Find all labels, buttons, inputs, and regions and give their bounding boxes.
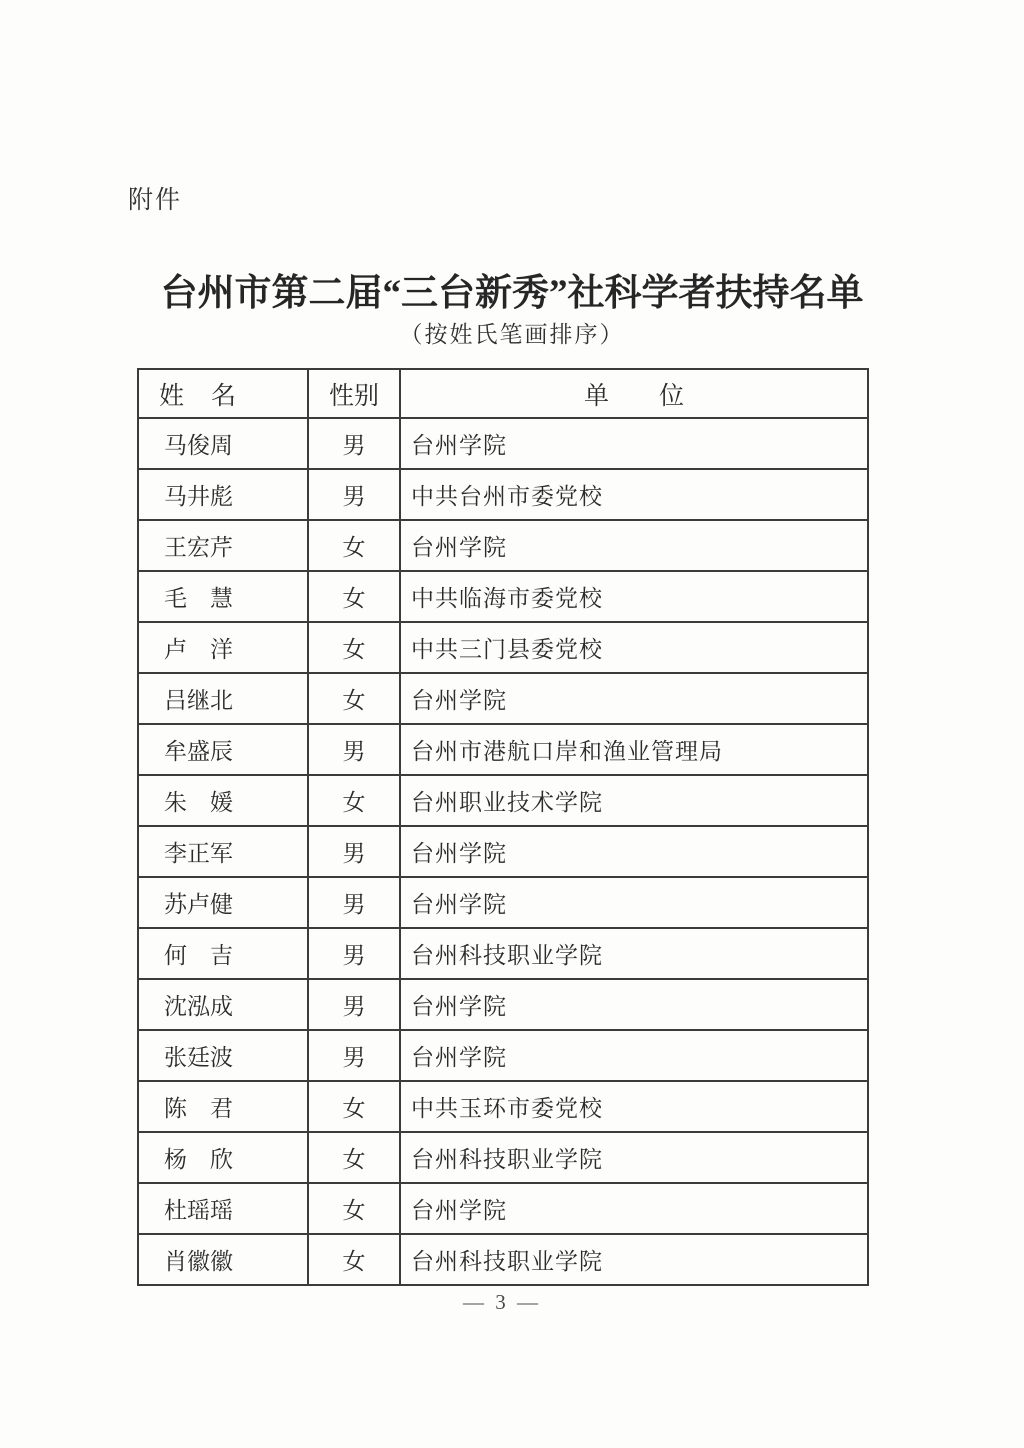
org-cell: 台州学院 (400, 1183, 868, 1234)
document-title: 台州市第二届“三台新秀”社科学者扶持名单 (0, 262, 1024, 316)
name-cell: 苏卢健 (138, 877, 308, 928)
org-cell: 台州科技职业学院 (400, 1234, 868, 1285)
table-row: 苏卢健男台州学院 (138, 877, 868, 928)
gender-cell: 男 (308, 826, 400, 877)
org-cell: 台州学院 (400, 418, 868, 469)
table-row: 杨 欣女台州科技职业学院 (138, 1132, 868, 1183)
column-header-name: 姓 名 (138, 369, 308, 418)
gender-cell: 女 (308, 775, 400, 826)
table-row: 王宏芹女台州学院 (138, 520, 868, 571)
name-cell: 牟盛辰 (138, 724, 308, 775)
gender-cell: 男 (308, 724, 400, 775)
table-header-row: 姓 名 性别 单 位 (138, 369, 868, 418)
name-cell: 沈泓成 (138, 979, 308, 1030)
document-subtitle: （按姓氏笔画排序） (0, 316, 1024, 349)
table-row: 肖徽徽女台州科技职业学院 (138, 1234, 868, 1285)
gender-cell: 男 (308, 469, 400, 520)
name-cell: 杨 欣 (138, 1132, 308, 1183)
gender-cell: 女 (308, 673, 400, 724)
name-cell: 马俊周 (138, 418, 308, 469)
org-cell: 台州学院 (400, 979, 868, 1030)
org-cell: 台州学院 (400, 520, 868, 571)
org-cell: 中共三门县委党校 (400, 622, 868, 673)
org-cell: 台州学院 (400, 826, 868, 877)
org-cell: 中共临海市委党校 (400, 571, 868, 622)
table-row: 马俊周男台州学院 (138, 418, 868, 469)
gender-cell: 女 (308, 1081, 400, 1132)
table-row: 沈泓成男台州学院 (138, 979, 868, 1030)
table-row: 朱 媛女台州职业技术学院 (138, 775, 868, 826)
table-row: 杜瑶瑶女台州学院 (138, 1183, 868, 1234)
table-row: 陈 君女中共玉环市委党校 (138, 1081, 868, 1132)
name-cell: 张廷波 (138, 1030, 308, 1081)
table-row: 牟盛辰男台州市港航口岸和渔业管理局 (138, 724, 868, 775)
attachment-label: 附件 (128, 180, 182, 216)
org-cell: 中共台州市委党校 (400, 469, 868, 520)
name-cell: 王宏芹 (138, 520, 308, 571)
table-row: 张廷波男台州学院 (138, 1030, 868, 1081)
gender-cell: 男 (308, 1030, 400, 1081)
page-number: — 3 — (137, 1290, 867, 1315)
name-cell: 马井彪 (138, 469, 308, 520)
gender-cell: 女 (308, 1234, 400, 1285)
table-row: 吕继北女台州学院 (138, 673, 868, 724)
gender-cell: 女 (308, 1132, 400, 1183)
gender-cell: 女 (308, 1183, 400, 1234)
org-cell: 台州学院 (400, 1030, 868, 1081)
gender-cell: 男 (308, 928, 400, 979)
org-cell: 台州学院 (400, 673, 868, 724)
scholar-table: 姓 名 性别 单 位 马俊周男台州学院马井彪男中共台州市委党校王宏芹女台州学院毛… (137, 368, 869, 1286)
name-cell: 毛 慧 (138, 571, 308, 622)
table-row: 何 吉男台州科技职业学院 (138, 928, 868, 979)
table-row: 马井彪男中共台州市委党校 (138, 469, 868, 520)
name-cell: 吕继北 (138, 673, 308, 724)
org-cell: 中共玉环市委党校 (400, 1081, 868, 1132)
table-row: 毛 慧女中共临海市委党校 (138, 571, 868, 622)
name-cell: 朱 媛 (138, 775, 308, 826)
gender-cell: 男 (308, 979, 400, 1030)
name-cell: 何 吉 (138, 928, 308, 979)
org-cell: 台州科技职业学院 (400, 1132, 868, 1183)
name-cell: 肖徽徽 (138, 1234, 308, 1285)
org-cell: 台州市港航口岸和渔业管理局 (400, 724, 868, 775)
document-page: 附件 台州市第二届“三台新秀”社科学者扶持名单 （按姓氏笔画排序） 姓 名 性别… (0, 0, 1024, 1448)
gender-cell: 女 (308, 571, 400, 622)
name-cell: 李正军 (138, 826, 308, 877)
name-cell: 陈 君 (138, 1081, 308, 1132)
gender-cell: 男 (308, 877, 400, 928)
table-row: 李正军男台州学院 (138, 826, 868, 877)
name-cell: 杜瑶瑶 (138, 1183, 308, 1234)
table-row: 卢 洋女中共三门县委党校 (138, 622, 868, 673)
column-header-gender: 性别 (308, 369, 400, 418)
org-cell: 台州学院 (400, 877, 868, 928)
name-cell: 卢 洋 (138, 622, 308, 673)
org-cell: 台州职业技术学院 (400, 775, 868, 826)
org-cell: 台州科技职业学院 (400, 928, 868, 979)
gender-cell: 女 (308, 622, 400, 673)
gender-cell: 女 (308, 520, 400, 571)
column-header-organization: 单 位 (400, 369, 868, 418)
gender-cell: 男 (308, 418, 400, 469)
